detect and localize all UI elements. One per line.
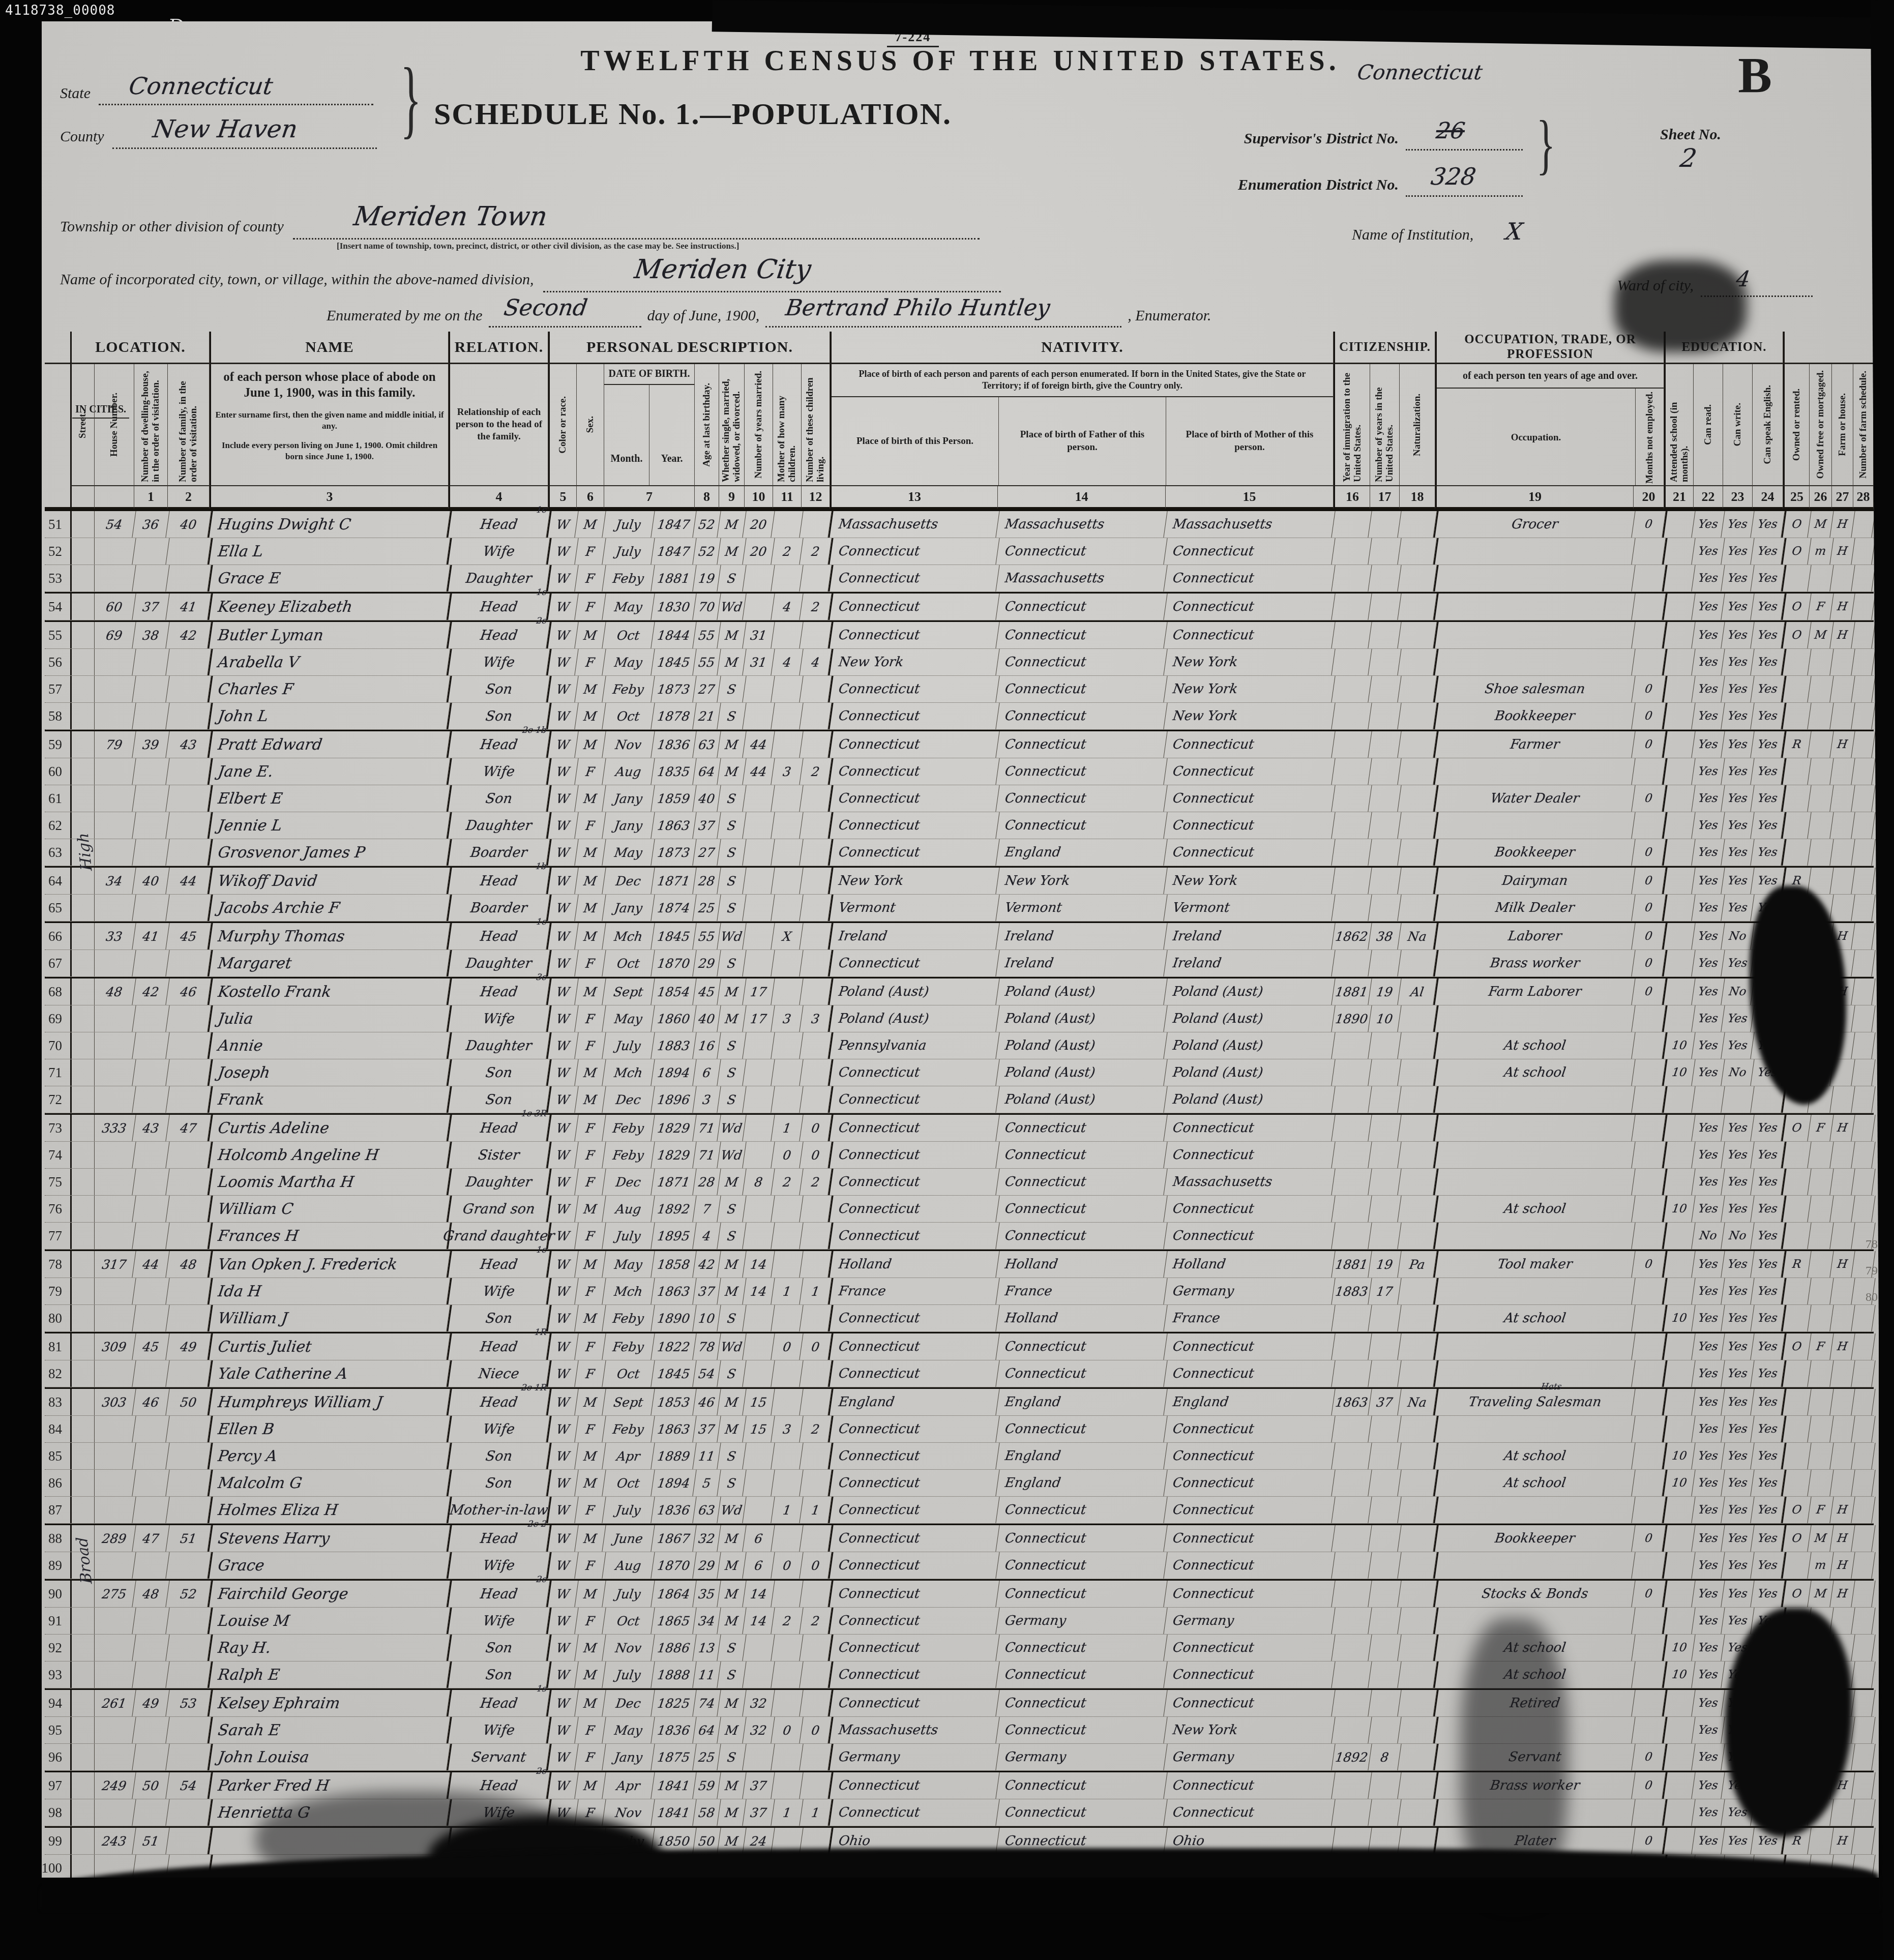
cell-free-mortgaged xyxy=(1808,1360,1833,1387)
cell-birth-year: 1845 xyxy=(651,649,696,675)
table-row: 74 Holcomb Angeline H Sister W F Feby 18… xyxy=(45,1142,1874,1169)
cell-pob-father: Poland (Aust) xyxy=(996,1005,1167,1032)
cell-line-number: 83 xyxy=(45,1389,70,1415)
cell-pob-mother: Connecticut xyxy=(1164,731,1335,758)
cell-months-unemployed xyxy=(1632,1196,1666,1222)
cell-name: William J xyxy=(208,1305,450,1331)
cell-sex: M xyxy=(575,1305,606,1331)
cell-can-write: Yes xyxy=(1721,868,1754,894)
table-column-numbers: 1 2 3 4 5 6 7 8 9 10 11 12 13 14 15 16 1… xyxy=(45,486,1874,510)
cell-mother-of: 0 xyxy=(771,1552,803,1579)
cell-line-number: 58 xyxy=(45,703,70,729)
cell-age: 32 xyxy=(693,1525,721,1552)
cell-relation: Daughter xyxy=(447,950,550,976)
cell-pob-mother: Connecticut xyxy=(1164,1635,1335,1661)
cell-immigration-year xyxy=(1331,1223,1372,1249)
cell-immigration-year xyxy=(1331,1169,1372,1195)
cell-owned-rented: R xyxy=(1781,731,1811,758)
cell-pob-mother: Connecticut xyxy=(1164,1772,1335,1799)
cell-dwelling: 40 xyxy=(132,868,169,894)
table-row: 80 William J Son W M Feby 1890 10 S Conn… xyxy=(45,1305,1874,1332)
cell-age: 29 xyxy=(693,1552,721,1579)
cell-marital-status: S xyxy=(717,785,746,812)
table-row: 97 249 50 54 Parker Fred H Head2c W M Ap… xyxy=(45,1771,1874,1799)
cell-dwelling: 48 xyxy=(132,1581,169,1607)
cell-owned-rented xyxy=(1781,1223,1811,1249)
cell-years-in-us xyxy=(1368,731,1401,758)
cell-pob-person: Connecticut xyxy=(828,1169,999,1195)
cell-birth-month: May xyxy=(602,839,655,866)
cell-occupation: Stocks & Bonds xyxy=(1433,1581,1635,1607)
cell-naturalization: Pa xyxy=(1398,1251,1437,1278)
cell-name: Charles F xyxy=(208,676,450,702)
cell-children-living: 0 xyxy=(800,1142,832,1168)
cell-pob-person: Connecticut xyxy=(828,1196,999,1222)
cell-free-mortgaged: M xyxy=(1808,622,1833,648)
county-label: County xyxy=(60,128,104,145)
cell-line-number: 56 xyxy=(45,649,70,675)
cell-family xyxy=(166,1661,211,1688)
cell-can-write: Yes xyxy=(1721,731,1754,758)
cell-naturalization xyxy=(1398,1799,1437,1826)
cell-dwelling: 36 xyxy=(132,511,169,538)
cell-name: Margaret xyxy=(208,950,450,976)
cell-years-in-us xyxy=(1368,1032,1401,1059)
table-row: 65 Jacobs Archie F Boarder W M Jany 1874… xyxy=(45,895,1874,922)
cell-naturalization xyxy=(1398,1223,1437,1249)
table-row: 92 Ray H. Son W M Nov 1886 13 S Connecti… xyxy=(45,1635,1874,1661)
cell-months-unemployed: 0 xyxy=(1632,1828,1666,1854)
cell-months-unemployed xyxy=(1632,1115,1666,1141)
cell-speak-english: Yes xyxy=(1751,1251,1785,1278)
cell-months-unemployed xyxy=(1632,1005,1666,1032)
cell-pob-mother: Connecticut xyxy=(1164,1196,1335,1222)
cell-line-number: 96 xyxy=(45,1744,70,1770)
cell-pob-mother: Connecticut xyxy=(1164,1360,1335,1387)
cell-farm-number xyxy=(1851,1690,1875,1716)
cell-attended-school xyxy=(1662,1005,1695,1032)
cell-months-unemployed xyxy=(1632,1552,1666,1579)
cell-line-number: 70 xyxy=(45,1032,70,1059)
cell-name: Ella L xyxy=(208,538,450,565)
cell-house-number xyxy=(93,1005,136,1032)
cell-name: Grace E xyxy=(208,565,450,591)
city-field: Name of incorporated city, town, or vill… xyxy=(60,260,1001,292)
cell-birth-year: 1829 xyxy=(651,1115,696,1141)
cell-pob-father: Connecticut xyxy=(996,1333,1167,1360)
cell-relation: Wife xyxy=(447,538,550,565)
cell-birth-year: 1835 xyxy=(651,758,696,785)
cell-years-married: 32 xyxy=(743,1690,775,1716)
cell-dwelling xyxy=(132,1005,169,1032)
cell-speak-english: Yes xyxy=(1751,1581,1785,1607)
cell-months-unemployed xyxy=(1632,1661,1666,1688)
cell-speak-english: Yes xyxy=(1751,1115,1785,1141)
cell-pob-person: Connecticut xyxy=(828,1799,999,1826)
cell-owned-rented xyxy=(1781,676,1811,702)
county-value: New Haven xyxy=(151,115,300,143)
cell-relation: Boarder xyxy=(447,895,550,921)
table-row: 88 289 47 51 Stevens Harry Head2c-2 W M … xyxy=(45,1524,1874,1552)
cell-family xyxy=(166,1470,211,1496)
cell-pob-father: Vermont xyxy=(996,895,1167,921)
cell-immigration-year: 1881 xyxy=(1331,978,1372,1005)
cell-age: 37 xyxy=(693,1416,721,1442)
cell-age: 64 xyxy=(693,758,721,785)
cell-marital-status: S xyxy=(717,839,746,866)
cell-immigration-year xyxy=(1331,1608,1372,1634)
cell-farm-house: H xyxy=(1830,1333,1855,1360)
cell-attended-school xyxy=(1662,1772,1695,1799)
cell-name: Percy A xyxy=(208,1443,450,1469)
cell-years-married xyxy=(743,1333,775,1360)
cell-farm-number xyxy=(1851,1828,1875,1854)
cell-sex: M xyxy=(575,1690,606,1716)
cell-marital-status: M xyxy=(717,1552,746,1579)
cell-occupation: Farmer xyxy=(1433,731,1635,758)
cell-mother-of: 3 xyxy=(771,758,803,785)
cell-name: Humphreys William J xyxy=(208,1389,450,1415)
cell-children-living xyxy=(800,1251,832,1278)
cell-relation: Head1c-3R xyxy=(447,1115,550,1141)
cell-can-read: Yes xyxy=(1692,1032,1725,1059)
cell-farm-number xyxy=(1851,1115,1875,1141)
cell-sex: F xyxy=(575,950,606,976)
cell-children-living xyxy=(800,731,832,758)
cell-attended-school xyxy=(1662,758,1695,785)
cell-relation: Daughter xyxy=(447,1169,550,1195)
cell-pob-mother: Poland (Aust) xyxy=(1164,1032,1335,1059)
cell-birth-month: Oct xyxy=(602,1470,655,1496)
table-row: 69 Julia Wife W F May 1860 40 M 17 3 3 P… xyxy=(45,1005,1874,1032)
cell-naturalization: Na xyxy=(1398,923,1437,949)
cell-birth-year: 1878 xyxy=(651,703,696,729)
cell-name: Ellen B xyxy=(208,1416,450,1442)
cell-years-in-us xyxy=(1368,758,1401,785)
cell-years-in-us xyxy=(1368,703,1401,729)
cell-mother-of xyxy=(771,950,803,976)
cell-birth-month: Feby xyxy=(602,1115,655,1141)
cell-house-number xyxy=(93,1223,136,1249)
cell-occupation xyxy=(1433,758,1635,785)
cell-can-write: Yes xyxy=(1721,593,1754,620)
table-row: 66 33 41 45 Murphy Thomas Head1c W M Mch… xyxy=(45,922,1874,950)
cell-can-write: Yes xyxy=(1721,511,1754,538)
township-hint: [Insert name of township, town, precinct… xyxy=(337,241,739,251)
cell-occupation xyxy=(1433,593,1635,620)
cell-family: 51 xyxy=(166,1525,211,1552)
cell-birth-month: Oct xyxy=(602,622,655,648)
cell-house-number xyxy=(93,758,136,785)
cell-relation: Son xyxy=(447,785,550,812)
cell-street xyxy=(70,1086,95,1113)
cell-mother-of: 2 xyxy=(771,1608,803,1634)
cell-birth-month: July xyxy=(602,1032,655,1059)
cell-mother-of xyxy=(771,1251,803,1278)
cell-years-married xyxy=(743,593,775,620)
cell-age: 37 xyxy=(693,1278,721,1304)
cell-age: 45 xyxy=(693,978,721,1005)
cell-birth-month: July xyxy=(602,511,655,538)
cell-occupation: Farm Laborer xyxy=(1433,978,1635,1005)
cell-birth-month: Apr xyxy=(602,1443,655,1469)
cell-can-write: Yes xyxy=(1721,1005,1754,1032)
cell-name: Ralph E xyxy=(208,1661,450,1688)
cell-street xyxy=(70,1360,95,1387)
cell-line-number: 76 xyxy=(45,1196,70,1222)
cell-farm-house xyxy=(1830,649,1855,675)
cell-immigration-year xyxy=(1331,1799,1372,1826)
cell-line-number: 63 xyxy=(45,839,70,866)
cell-mother-of: 0 xyxy=(771,1333,803,1360)
cell-immigration-year xyxy=(1331,1690,1372,1716)
cell-street xyxy=(70,1115,95,1141)
cell-birth-year: 1859 xyxy=(651,785,696,812)
cell-occupation xyxy=(1433,1333,1635,1360)
cell-sex: M xyxy=(575,676,606,702)
cell-can-write: Yes xyxy=(1721,1525,1754,1552)
cell-years-married xyxy=(743,839,775,866)
cell-sex: M xyxy=(575,923,606,949)
ed-value: 328 xyxy=(1429,163,1477,190)
left-brace: } xyxy=(400,49,421,150)
cell-pob-father: Massachusetts xyxy=(996,565,1167,591)
cell-pob-mother: Connecticut xyxy=(1164,1497,1335,1523)
cell-can-read: Yes xyxy=(1692,1608,1725,1634)
cell-can-read xyxy=(1692,1086,1725,1113)
cell-pob-person: Connecticut xyxy=(828,1086,999,1113)
cell-pob-person: Connecticut xyxy=(828,1059,999,1086)
cell-mother-of xyxy=(771,1581,803,1607)
cell-pob-person: Connecticut xyxy=(828,839,999,866)
cell-age: 11 xyxy=(693,1443,721,1469)
cell-house-number xyxy=(93,950,136,976)
cell-family xyxy=(166,1059,211,1086)
col-can-write: Can write. xyxy=(1723,364,1753,486)
cell-farm-house xyxy=(1830,1223,1855,1249)
cell-free-mortgaged xyxy=(1808,649,1833,675)
cell-name: Jennie L xyxy=(208,812,450,839)
cell-marital-status: S xyxy=(717,950,746,976)
cell-street xyxy=(70,1223,95,1249)
cell-family xyxy=(166,785,211,812)
cell-can-read: Yes xyxy=(1692,731,1725,758)
cell-farm-number xyxy=(1851,895,1875,921)
cell-farm-house xyxy=(1830,1305,1855,1331)
right-brace: } xyxy=(1536,106,1555,184)
cell-immigration-year xyxy=(1331,1470,1372,1496)
cell-pob-father: Holland xyxy=(996,1251,1167,1278)
cell-years-married xyxy=(743,703,775,729)
cell-years-married xyxy=(743,1360,775,1387)
cell-pob-father: Connecticut xyxy=(996,1799,1167,1826)
cell-attended-school xyxy=(1662,1223,1695,1249)
cell-color: W xyxy=(546,676,578,702)
cell-dwelling xyxy=(132,1360,169,1387)
cell-house-number xyxy=(93,1360,136,1387)
cell-farm-house: H xyxy=(1830,731,1855,758)
cell-sex: M xyxy=(575,1059,606,1086)
cell-farm-house: H xyxy=(1830,1251,1855,1278)
cell-name: Pratt Edward xyxy=(208,731,450,758)
cell-age: 70 xyxy=(693,593,721,620)
cell-years-married: 17 xyxy=(743,978,775,1005)
cell-naturalization xyxy=(1398,1416,1437,1442)
cell-family xyxy=(166,1443,211,1469)
cell-mother-of xyxy=(771,1772,803,1799)
cell-relation: Daughter xyxy=(447,565,550,591)
cell-occupation: At school xyxy=(1433,1305,1635,1331)
cell-age: 28 xyxy=(693,868,721,894)
cell-years-in-us xyxy=(1368,1142,1401,1168)
cell-owned-rented xyxy=(1781,649,1811,675)
cell-birth-month: July xyxy=(602,1223,655,1249)
cell-street xyxy=(70,622,95,648)
cell-pob-person: Connecticut xyxy=(828,1115,999,1141)
col-can-read: Can read. xyxy=(1694,364,1723,486)
cell-attended-school xyxy=(1662,1828,1695,1854)
cell-naturalization xyxy=(1398,1142,1437,1168)
cell-can-write: Yes xyxy=(1721,676,1754,702)
cell-free-mortgaged: F xyxy=(1808,1115,1833,1141)
cell-pob-father: England xyxy=(996,1443,1167,1469)
cell-marital-status: M xyxy=(717,1581,746,1607)
cell-attended-school: 10 xyxy=(1662,1635,1695,1661)
cell-children-living: 0 xyxy=(800,1552,832,1579)
cell-street: Broad xyxy=(70,1552,95,1579)
col-occupation-group: of each person ten years of age and over… xyxy=(1435,364,1664,486)
cell-years-in-us xyxy=(1368,649,1401,675)
cell-years-married: 44 xyxy=(743,758,775,785)
cell-relation: Wife xyxy=(447,1608,550,1634)
cell-immigration-year: 1883 xyxy=(1331,1278,1372,1304)
cell-relation: Head2c xyxy=(447,1581,550,1607)
table-row: 61 Elbert E Son W M Jany 1859 40 S Conne… xyxy=(45,785,1874,812)
cell-immigration-year xyxy=(1331,622,1372,648)
state-field: State Connecticut xyxy=(60,76,373,105)
cell-years-married: 8 xyxy=(743,1169,775,1195)
cell-birth-month: Nov xyxy=(602,731,655,758)
cell-line-number: 53 xyxy=(45,565,70,591)
cell-farm-number xyxy=(1851,1169,1875,1195)
cell-dwelling xyxy=(132,1032,169,1059)
cell-free-mortgaged xyxy=(1808,1416,1833,1442)
cell-free-mortgaged xyxy=(1808,812,1833,839)
cell-line-number: 85 xyxy=(45,1443,70,1469)
cell-line-number: 51 xyxy=(45,511,70,538)
cell-age: 35 xyxy=(693,1581,721,1607)
cell-sex: F xyxy=(575,1115,606,1141)
cell-house-number xyxy=(93,1635,136,1661)
cell-naturalization xyxy=(1398,1305,1437,1331)
cell-line-number: 79 xyxy=(45,1278,70,1304)
cell-farm-house xyxy=(1830,1443,1855,1469)
table-row: 59 79 39 43 Pratt Edward Head2c-1b W M N… xyxy=(45,730,1874,758)
cell-relation: Wife xyxy=(447,1552,550,1579)
cell-owned-rented xyxy=(1781,1389,1811,1415)
cell-years-in-us: 19 xyxy=(1368,1251,1401,1278)
cell-immigration-year: 1892 xyxy=(1331,1744,1372,1770)
cell-house-number xyxy=(93,1744,136,1770)
cell-pob-father: England xyxy=(996,1470,1167,1496)
cell-family xyxy=(166,1497,211,1523)
cell-speak-english: Yes xyxy=(1751,511,1785,538)
cell-months-unemployed: 0 xyxy=(1632,676,1666,702)
cell-birth-month: Nov xyxy=(602,1799,655,1826)
cell-naturalization xyxy=(1398,1772,1437,1799)
cell-age: 11 xyxy=(693,1661,721,1688)
cell-birth-month: Aug xyxy=(602,1552,655,1579)
cell-age: 40 xyxy=(693,1005,721,1032)
cell-family: 52 xyxy=(166,1581,211,1607)
cell-years-married xyxy=(743,1497,775,1523)
cell-marital-status: M xyxy=(717,1251,746,1278)
cell-can-read: Yes xyxy=(1692,868,1725,894)
cell-months-unemployed xyxy=(1632,1169,1666,1195)
cell-age: 59 xyxy=(693,1772,721,1799)
cell-speak-english: Yes xyxy=(1751,785,1785,812)
cell-dwelling xyxy=(132,1744,169,1770)
cell-name: Stevens Harry xyxy=(208,1525,450,1552)
cell-farm-house xyxy=(1830,1470,1855,1496)
col-relation: Relationship of each person to the head … xyxy=(449,364,548,486)
cell-pob-mother: Germany xyxy=(1164,1744,1335,1770)
cell-attended-school xyxy=(1662,950,1695,976)
cell-relation: Head3c xyxy=(447,978,550,1005)
cell-sex: M xyxy=(575,703,606,729)
cell-relation: Head2c xyxy=(447,622,550,648)
col-immigration-year: Year of immigration to the United States… xyxy=(1334,364,1370,486)
cell-naturalization xyxy=(1398,950,1437,976)
table-row: 72 Frank Son W M Dec 1896 3 S Connecticu… xyxy=(45,1086,1874,1113)
cell-immigration-year xyxy=(1331,1661,1372,1688)
cell-years-in-us xyxy=(1368,676,1401,702)
table-row: 70 Annie Daughter W F July 1883 16 S Pen… xyxy=(45,1032,1874,1059)
cell-can-write: Yes xyxy=(1721,895,1754,921)
cell-occupation xyxy=(1433,812,1635,839)
cell-pob-person: Connecticut xyxy=(828,703,999,729)
cell-pob-father: Poland (Aust) xyxy=(996,1032,1167,1059)
cell-years-in-us xyxy=(1368,1305,1401,1331)
cell-immigration-year xyxy=(1331,1059,1372,1086)
cell-name: Fairchild George xyxy=(208,1581,450,1607)
col-name: of each person whose place of abode on J… xyxy=(210,364,449,486)
cell-street xyxy=(70,593,95,620)
cell-birth-year: 1830 xyxy=(651,593,696,620)
population-table: LOCATION. NAME RELATION. PERSONAL DESCRI… xyxy=(45,332,1874,1882)
cell-can-read: Yes xyxy=(1692,1416,1725,1442)
cell-months-unemployed xyxy=(1632,1443,1666,1469)
cell-pob-mother: Connecticut xyxy=(1164,1333,1335,1360)
cell-dwelling xyxy=(132,758,169,785)
sheet-letter: B xyxy=(1738,46,1772,104)
cell-pob-person: Connecticut xyxy=(828,1608,999,1634)
cell-name: Arabella V xyxy=(208,649,450,675)
cell-sex: F xyxy=(575,649,606,675)
cell-free-mortgaged xyxy=(1808,1443,1833,1469)
cell-color: W xyxy=(546,812,578,839)
cell-years-in-us xyxy=(1368,785,1401,812)
cell-farm-house xyxy=(1830,895,1855,921)
cell-farm-number xyxy=(1851,785,1875,812)
table-row: 78 317 44 48 Van Opken J. Frederick Head… xyxy=(45,1250,1874,1278)
cell-years-in-us xyxy=(1368,1772,1401,1799)
sd-label: Supervisor's District No. xyxy=(1244,130,1399,147)
cell-street xyxy=(70,1772,95,1799)
cell-children-living: 1 xyxy=(800,1278,832,1304)
cell-naturalization xyxy=(1398,1360,1437,1387)
cell-street xyxy=(70,1389,95,1415)
